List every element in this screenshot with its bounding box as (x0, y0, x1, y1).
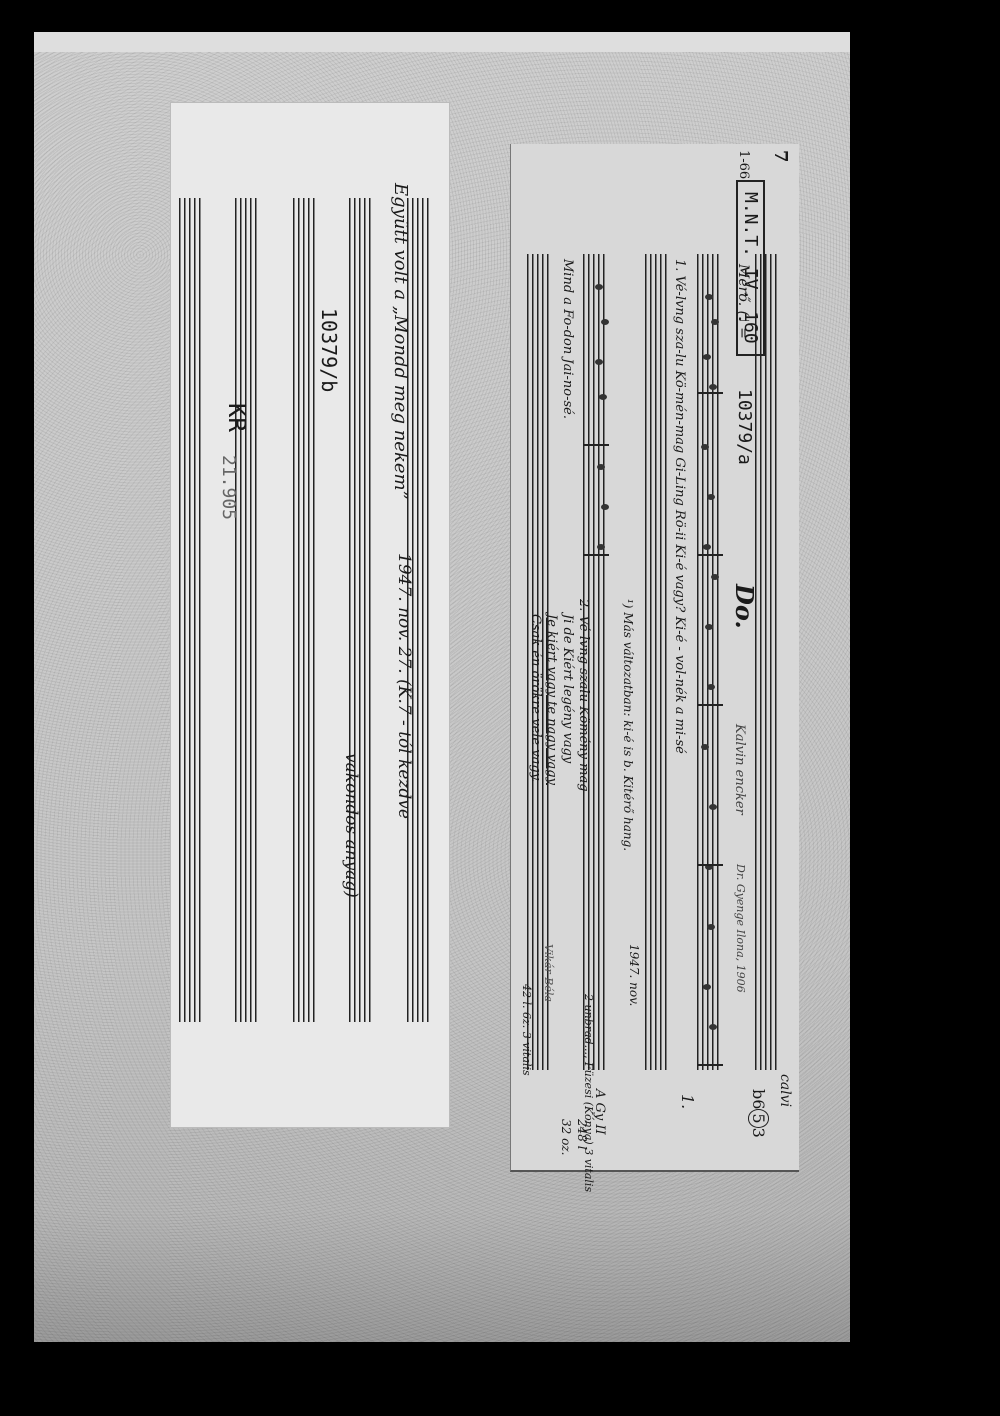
left-title-line: Együtt volt a „Mondd meg nekem” (390, 183, 411, 500)
note (703, 984, 711, 990)
signature-3: 3 (749, 1128, 768, 1138)
verse2-line-3: Je kiért vagy te nagy vagy (544, 614, 559, 785)
footer-dates: 42 l. 6z. 3 vitalis (520, 984, 533, 1076)
barline (697, 1064, 723, 1066)
do-marking: Do. (730, 584, 759, 629)
footer-note-date: 1947. nov. (627, 944, 641, 1006)
note (597, 544, 605, 550)
note (705, 624, 713, 630)
sheet-top-margin (34, 32, 850, 52)
signature-circled-5: 5 (748, 1109, 769, 1127)
staff (293, 198, 315, 1022)
right-transcription-card: 7 1-66 M.N.T. IV. 160 Mérő. (♩ = 10379/a… (510, 144, 799, 1172)
staff (235, 198, 257, 1022)
barline (697, 864, 723, 866)
footer-note-size: 32 oz. (559, 1119, 573, 1155)
note (601, 504, 609, 510)
footnote: ¹) Más változatban: ki-é is b. Kitérő ha… (621, 599, 635, 851)
note (595, 284, 603, 290)
note (599, 394, 607, 400)
note (709, 1024, 717, 1030)
right-catalog-number: 10379/a (734, 389, 755, 465)
archive-stamp: KR (223, 403, 251, 432)
left-note-line-2: vakondos anyag) (341, 753, 361, 898)
barline (697, 704, 723, 706)
footer-note-code: A Gy II (592, 1089, 607, 1135)
barline (583, 554, 609, 556)
page-mark-sub: 1-66 (736, 150, 751, 179)
verse2-line-2: Ji de Kiért legény vagy (560, 614, 575, 763)
note (711, 574, 719, 580)
lyrics-verse1: 1. Vé-lvng sza-lu Kö-mén-mag Gi-Ling Rö-… (672, 259, 687, 754)
signature-number: b653 (748, 1089, 769, 1138)
note (703, 354, 711, 360)
archive-number: 21.905 (218, 455, 239, 520)
note (703, 544, 711, 550)
note (707, 684, 715, 690)
barline (697, 554, 723, 556)
margin-note-2: Dr. Gyenge Ilona, 1906 (734, 864, 747, 993)
margin-note-top: Kalvin encker (732, 724, 747, 815)
note (701, 444, 709, 450)
signature-calvi: calvi (777, 1074, 793, 1107)
verse2-line-1: 2. Vé-lvng szalu Kömény mag (576, 599, 591, 792)
signature-b6: b6 (749, 1089, 768, 1109)
note (701, 744, 709, 750)
left-catalog-number: 10379/b (317, 308, 341, 392)
staff (645, 254, 667, 1070)
left-note-line: 1947. nov. 27. (K.7 - tól kezdve (394, 553, 414, 819)
tempo-marking: Mérő. (♩ = (735, 264, 751, 339)
staff (349, 198, 371, 1022)
note (705, 294, 713, 300)
barline (583, 444, 609, 446)
footer-note-leaves: 248 l (575, 1119, 589, 1150)
note (595, 359, 603, 365)
page-mark: 7 (770, 150, 791, 163)
note (709, 384, 717, 390)
collector-name: Vikár Béla (542, 944, 555, 1002)
scanned-sheet: Együtt volt a „Mondd meg nekem” 1947. no… (34, 32, 850, 1342)
note (711, 319, 719, 325)
note (709, 804, 717, 810)
left-staff-card: Együtt volt a „Mondd meg nekem” 1947. no… (170, 102, 450, 1128)
staff (755, 254, 777, 1070)
note (707, 494, 715, 500)
lyrics-verse1-cont: Mind a Fo-don Jai-no-sé. (560, 259, 575, 419)
verse2-line-4: Csak én örökre vele vagy. (528, 614, 543, 783)
note (601, 319, 609, 325)
staff (179, 198, 201, 1022)
slash-mark: 1. (678, 1094, 697, 1109)
barline (697, 392, 723, 394)
note (597, 464, 605, 470)
staff-melody (697, 254, 719, 1070)
note (707, 924, 715, 930)
